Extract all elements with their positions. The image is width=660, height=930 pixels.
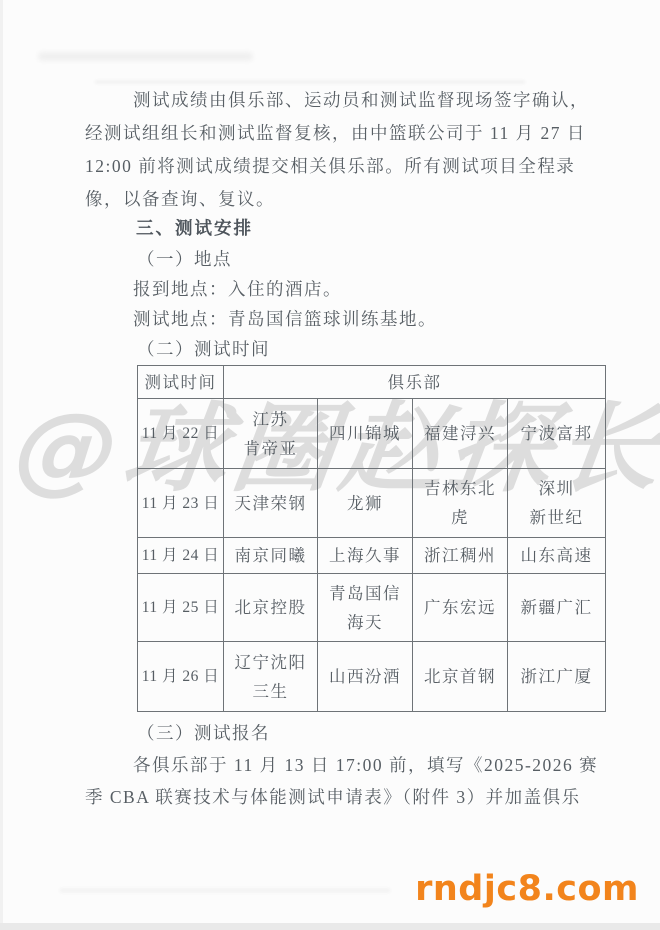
paragraph2-line: 各俱乐部于 11 月 13 日 17:00 前，填写《2025-2026 赛 <box>133 754 598 776</box>
checkin-location-line: 报到地点：入住的酒店。 <box>133 278 342 300</box>
club-cell: 龙狮 <box>318 469 413 538</box>
club-cell: 山东高速 <box>508 538 606 574</box>
club-cell: 北京控股 <box>224 574 318 642</box>
club-cell: 天津荣钢 <box>224 469 318 538</box>
paragraph1-line: 像，以备查询、复议。 <box>85 188 275 210</box>
paragraph2-line: 季 CBA 联赛技术与体能测试申请表》（附件 3）并加盖俱乐 <box>85 786 581 808</box>
date-cell: 11 月 25 日 <box>138 574 224 642</box>
subsection-title-registration: （三）测试报名 <box>137 722 270 744</box>
table-row: 11 月 23 日天津荣钢龙狮吉林东北虎深圳新世纪 <box>138 469 606 538</box>
subsection-title-time: （二）测试时间 <box>137 338 270 360</box>
scanned-document-page: @球圈赵探长 测试成绩由俱乐部、运动员和测试监督现场签字确认， 经测试组组长和测… <box>0 0 660 930</box>
document-content: 测试成绩由俱乐部、运动员和测试监督现场签字确认， 经测试组组长和测试监督复核，由… <box>0 0 660 930</box>
section-heading: 三、测试安排 <box>136 217 253 239</box>
club-cell: 北京首钢 <box>413 642 508 712</box>
header-cell-time: 测试时间 <box>138 366 224 399</box>
club-cell: 山西汾酒 <box>318 642 413 712</box>
table-header-row: 测试时间 俱乐部 <box>138 366 606 399</box>
paragraph1-line: 测试成绩由俱乐部、运动员和测试监督现场签字确认， <box>133 89 589 111</box>
club-cell: 四川锦城 <box>318 399 413 469</box>
paragraph1-line: 经测试组组长和测试监督复核，由中篮联公司于 11 月 27 日 <box>85 122 586 144</box>
club-cell: 江苏肯帝亚 <box>224 399 318 469</box>
club-cell: 南京同曦 <box>224 538 318 574</box>
date-cell: 11 月 24 日 <box>138 538 224 574</box>
date-cell: 11 月 23 日 <box>138 469 224 538</box>
table-row: 11 月 25 日北京控股青岛国信海天广东宏远新疆广汇 <box>138 574 606 642</box>
paragraph1-line: 12:00 前将测试成绩提交相关俱乐部。所有测试项目全程录 <box>85 155 575 177</box>
corner-site-watermark: rndjc8.com <box>415 866 639 912</box>
club-cell: 新疆广汇 <box>508 574 606 642</box>
table-row: 11 月 26 日辽宁沈阳三生山西汾酒北京首钢浙江广厦 <box>138 642 606 712</box>
club-cell: 上海久事 <box>318 538 413 574</box>
date-cell: 11 月 26 日 <box>138 642 224 712</box>
date-cell: 11 月 22 日 <box>138 399 224 469</box>
test-location-line: 测试地点：青岛国信篮球训练基地。 <box>133 308 437 330</box>
club-cell: 福建浔兴 <box>413 399 508 469</box>
club-cell: 浙江稠州 <box>413 538 508 574</box>
club-cell: 青岛国信海天 <box>318 574 413 642</box>
club-cell: 宁波富邦 <box>508 399 606 469</box>
subsection-title-location: （一）地点 <box>137 248 232 270</box>
club-cell: 广东宏远 <box>413 574 508 642</box>
table-row: 11 月 24 日南京同曦上海久事浙江稠州山东高速 <box>138 538 606 574</box>
test-schedule-table: 测试时间 俱乐部 11 月 22 日江苏肯帝亚四川锦城福建浔兴宁波富邦11 月 … <box>137 365 606 712</box>
club-cell: 吉林东北虎 <box>413 469 508 538</box>
test-schedule-table-body: 11 月 22 日江苏肯帝亚四川锦城福建浔兴宁波富邦11 月 23 日天津荣钢龙… <box>138 399 606 712</box>
table-row: 11 月 22 日江苏肯帝亚四川锦城福建浔兴宁波富邦 <box>138 399 606 469</box>
header-cell-club: 俱乐部 <box>224 366 606 399</box>
club-cell: 深圳新世纪 <box>508 469 606 538</box>
club-cell: 浙江广厦 <box>508 642 606 712</box>
club-cell: 辽宁沈阳三生 <box>224 642 318 712</box>
